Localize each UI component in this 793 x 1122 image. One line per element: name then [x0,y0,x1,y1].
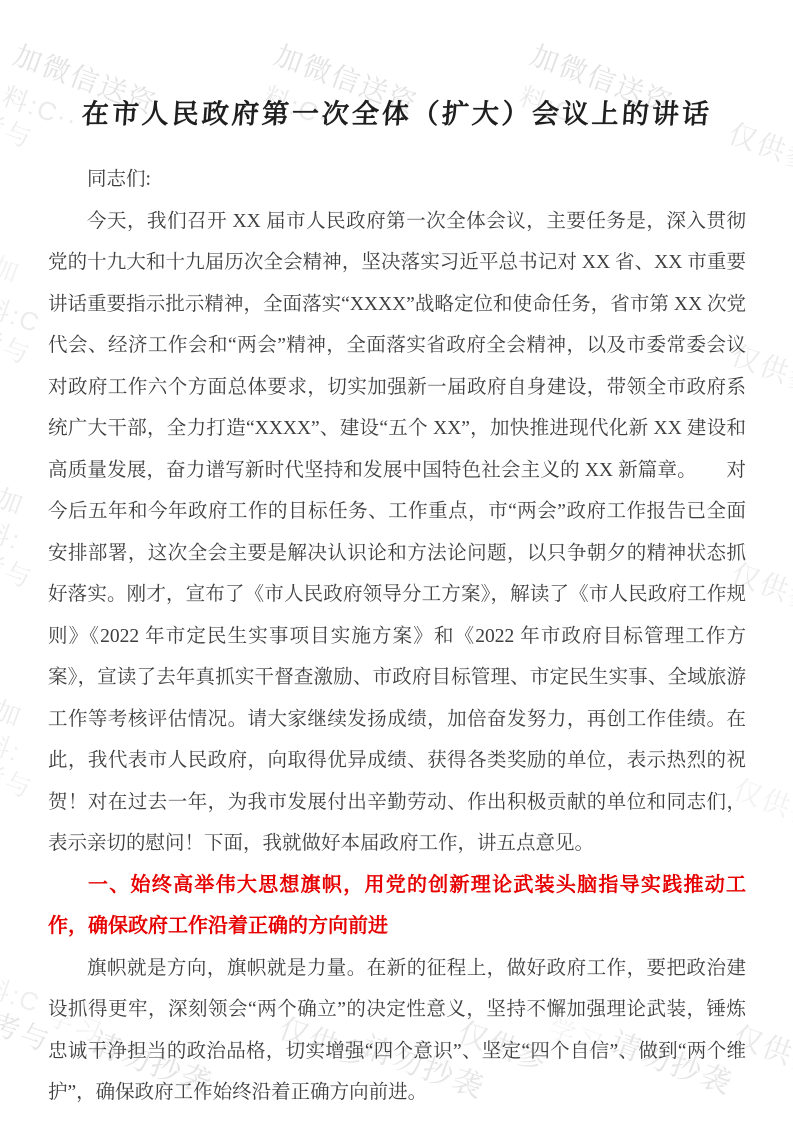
watermark-fragment: 加 [0,246,26,290]
paragraph-intro: 今天，我们召开 XX 届市人民政府第一次全体会议，主要任务是，深入贯彻党的十九大… [48,201,746,865]
watermark-fragment: 加 [0,690,28,734]
watermark-fragment: 考与 [0,542,39,596]
watermark-fragment: 料: [0,510,27,558]
watermark-fragment: 料:C [0,966,47,1021]
watermark-fragment: 料:C [0,286,47,341]
watermark-fragment: 考与 [0,318,37,372]
watermark-fragment: 考与 [0,752,39,806]
document-page: 加微信送资 料:C·· 考与 加微信送资 料:C·· 加微信送资 料:C·· 仅… [0,0,793,1122]
watermark-fragment: 加 [0,478,30,522]
section-heading-1: 一、始终高举伟大思想旗帜，用党的创新理论武装头脑指导实践推动工作，确保政府工作沿… [48,865,746,948]
document-title: 在市人民政府第一次全体（扩大）会议上的讲话 [47,92,748,131]
salutation: 同志们: [48,159,746,201]
document-body: 在市人民政府第一次全体（扩大）会议上的讲话 同志们: 今天，我们召开 XX 届市… [48,92,746,1114]
watermark-fragment: 考与 [0,102,39,156]
watermark-fragment: 料: [0,722,27,770]
paragraph-flag: 旗帜就是方向，旗帜就是力量。在新的征程上，做好政府工作，要把政治建设抓得更牢，深… [48,948,746,1114]
